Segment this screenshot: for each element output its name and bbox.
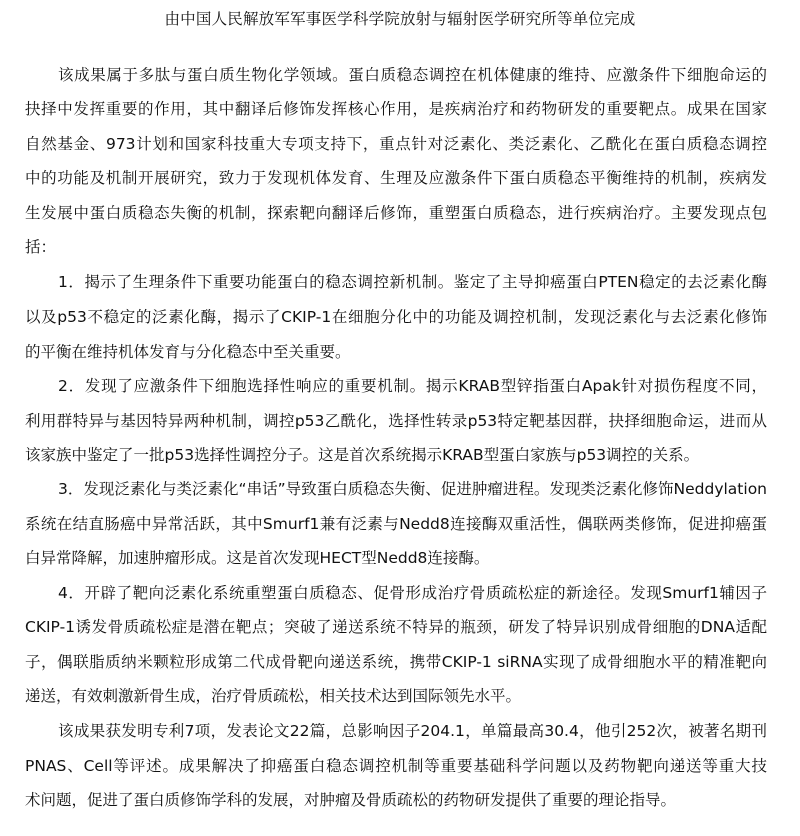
paragraph-line: 以及p53不稳定的泛素化酶，揭示了CKIP-1在细胞分化中的功能及调控机制，发现… <box>25 306 767 328</box>
paragraph-line: 2．发现了应激条件下细胞选择性响应的重要机制。揭示KRAB型锌指蛋白Apak针对… <box>58 375 767 397</box>
document-title: 由中国人民解放军军事医学科学院放射与辐射医学研究所等单位完成 <box>0 8 800 30</box>
paragraph-line: CKIP-1诱发骨质疏松症是潜在靶点；突破了递送系统不特异的瓶颈，研发了特异识别… <box>25 616 767 638</box>
paragraph-line: 1．揭示了生理条件下重要功能蛋白的稳态调控新机制。鉴定了主导抑癌蛋白PTEN稳定… <box>58 271 767 293</box>
paragraph-line: 白异常降解，加速肿瘤形成。这是首次发现HECT型Nedd8连接酶。 <box>25 547 767 569</box>
paragraph-line: 利用群特异与基因特异两种机制，调控p53乙酰化，选择性转录p53特定靶基因群，抉… <box>25 410 767 432</box>
paragraph-line: PNAS、Cell等评述。成果解决了抑癌蛋白稳态调控机制等重要基础科学问题以及药… <box>25 755 767 777</box>
paragraph-line: 该成果获发明专利7项，发表论文22篇，总影响因子204.1，单篇最高30.4，他… <box>58 720 767 742</box>
paragraph-line: 术问题，促进了蛋白质修饰学科的发展，对肿瘤及骨质疏松的药物研发提供了重要的理论指… <box>25 789 767 811</box>
paragraph-line: 的平衡在维持机体发育与分化稳态中至关重要。 <box>25 341 767 363</box>
paragraph-line: 子，偶联脂质纳米颗粒形成第二代成骨靶向递送系统，携带CKIP-1 siRNA实现… <box>25 651 767 673</box>
paragraph-line: 自然基金、973计划和国家科技重大专项支持下，重点针对泛素化、类泛素化、乙酰化在… <box>25 133 767 155</box>
paragraph-line: 生发展中蛋白质稳态失衡的机制，探索靶向翻译后修饰，重塑蛋白质稳态，进行疾病治疗。… <box>25 202 767 224</box>
paragraph-line: 3．发现泛素化与类泛素化“串话”导致蛋白质稳态失衡、促进肿瘤进程。发现类泛素化修… <box>58 478 767 500</box>
paragraph-line: 括： <box>25 236 767 258</box>
paragraph-line: 中的功能及机制开展研究，致力于发现机体发育、生理及应激条件下蛋白质稳态平衡维持的… <box>25 167 767 189</box>
paragraph-line: 递送，有效刺激新骨生成，治疗骨质疏松，相关技术达到国际领先水平。 <box>25 685 767 707</box>
paragraph-line: 该家族中鉴定了一批p53选择性调控分子。这是首次系统揭示KRAB型蛋白家族与p5… <box>25 444 767 466</box>
paragraph-line: 系统在结直肠癌中异常活跃，其中Smurf1兼有泛素与Nedd8连接酶双重活性，偶… <box>25 513 767 535</box>
paragraph-line: 抉择中发挥重要的作用，其中翻译后修饰发挥核心作用，是疾病治疗和药物研发的重要靶点… <box>25 98 767 120</box>
paragraph-line: 4．开辟了靶向泛素化系统重塑蛋白质稳态、促骨形成治疗骨质疏松症的新途径。发现Sm… <box>58 582 767 604</box>
paragraph-line: 该成果属于多肽与蛋白质生物化学领域。蛋白质稳态调控在机体健康的维持、应激条件下细… <box>58 64 767 86</box>
